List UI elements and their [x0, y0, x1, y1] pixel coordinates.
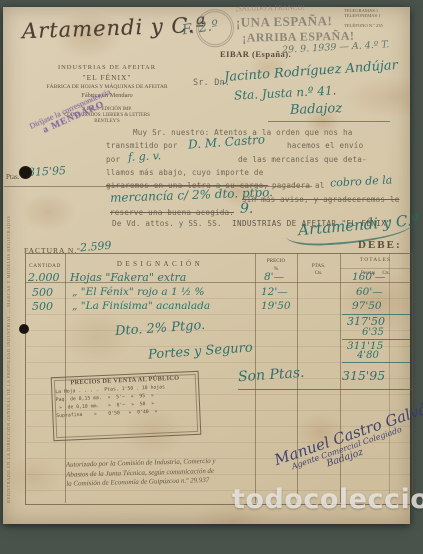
- side-legal-text: REGISTRADO EN LA DIRECCIÓN GENERAL DE LA…: [6, 258, 11, 503]
- body-line-8a: De Vd. attos. y SS. SS.: [112, 219, 222, 228]
- margin-ptas-label: Ptas.: [6, 173, 19, 181]
- letterhead-line: "EL FÉNIX": [28, 73, 186, 82]
- body-line-7-struck: reserve una buena acogida.: [110, 208, 234, 217]
- place-printed: EIBAR (España).: [220, 49, 291, 59]
- addressee-underline: [268, 121, 390, 122]
- body-line-6-struck: sin más aviso, y agradeceremos le: [242, 195, 399, 204]
- punch-hole: [19, 324, 29, 334]
- factura-number: 2.599: [79, 239, 112, 255]
- row-total: 160'—: [352, 271, 385, 283]
- margin-ptas-value: 315'95: [28, 164, 67, 179]
- col-header-totales: TOTALES: [340, 257, 411, 263]
- row-cantidad: 2.000: [28, 271, 60, 284]
- totals-rule: [342, 362, 410, 363]
- stamp-emblem-icon: [196, 9, 235, 48]
- addressee-city: Badajoz: [290, 101, 343, 118]
- totales-sub-rule: [340, 268, 411, 269]
- body-line-3b: de las mercancías que deta-: [238, 155, 367, 164]
- precios-stamp-line: Paq. de 0,15 mm. » 5'— » 95 »: [56, 391, 196, 405]
- franco-stamp-line: ¡UNA ESPAÑA!: [236, 13, 333, 31]
- letterhead-line: INDUSTRIAS DE AFEITAR: [28, 64, 186, 71]
- franco-stamp-line: ¡SALUDO A FRANCO!: [236, 4, 305, 13]
- precios-stamp-title: PRECIOS DE VENTA AL PÚBLICO: [55, 374, 195, 387]
- row-designacion: „ "El Fénix" rojo a 1 ½ %: [72, 286, 204, 298]
- row-cantidad: 500: [32, 300, 53, 313]
- precios-stamp-line: Suprafina » 0'50 » 0'40 »: [56, 407, 196, 421]
- body-line-4: llamos más abajo, cuyo importe de: [106, 168, 263, 177]
- row-designacion: Hojas "Fakera" extra: [70, 271, 186, 284]
- row-precio: 12'—: [261, 286, 288, 298]
- body-line-5b: pagadera al: [272, 181, 325, 190]
- debe-label: DEBE:: [358, 239, 402, 251]
- precios-stamp-line: » de 0,10 mm. » 8'— » 50 »: [56, 399, 196, 413]
- precios-stamp-line: La Hoja . . . . Ptas. 1'50 . 10 hojas: [55, 383, 195, 397]
- contact-block: TELEGRAMAS } TELEFONEMAS } TELÉFONO N.º …: [344, 8, 383, 28]
- row-designacion: „ "La Finísima" acanalada: [72, 300, 210, 312]
- body-line-2b: hacemos el envío: [287, 141, 363, 150]
- grand-total-value: 315'95: [342, 368, 385, 383]
- col-header-cantidad: CANTIDAD: [25, 263, 65, 269]
- document-photo: Artamendi y C.ª F. 2.º INDUSTRIAS DE AFE…: [0, 0, 423, 554]
- telefono-line: TELÉFONO N.º 235: [344, 23, 383, 28]
- punch-hole: [19, 166, 32, 179]
- body-hw-shipping: f. g. v.: [128, 149, 162, 164]
- col-header-ptas: PTAS.: [297, 263, 340, 269]
- row-cantidad: 500: [32, 286, 53, 299]
- body-line-3a: por: [106, 155, 120, 164]
- portes-value: 4'80: [357, 350, 379, 361]
- grand-total-underline: [238, 389, 414, 390]
- col-header-designacion: DESIGNACIÓN: [65, 260, 255, 268]
- col-header-cts: Cts.: [297, 271, 340, 276]
- row-precio: 8'—: [264, 271, 284, 283]
- row-precio: 19'50: [261, 300, 291, 312]
- body-line-2a: transmitido por: [106, 141, 178, 150]
- precios-stamp: PRECIOS DE VENTA AL PÚBLICO La Hoja . . …: [51, 371, 202, 441]
- col-header-precio: PRECIO: [255, 258, 297, 264]
- discount-value: 6'35: [362, 327, 384, 338]
- todocoleccion-watermark: todocoleccion: [232, 484, 423, 515]
- telefonemas-line: TELEFONEMAS }: [344, 13, 383, 18]
- table-vline-cts: [389, 253, 390, 503]
- row-total: 60'—: [356, 286, 383, 298]
- body-hw-nine: 9.: [240, 201, 253, 217]
- row-total: 97'50: [352, 300, 382, 312]
